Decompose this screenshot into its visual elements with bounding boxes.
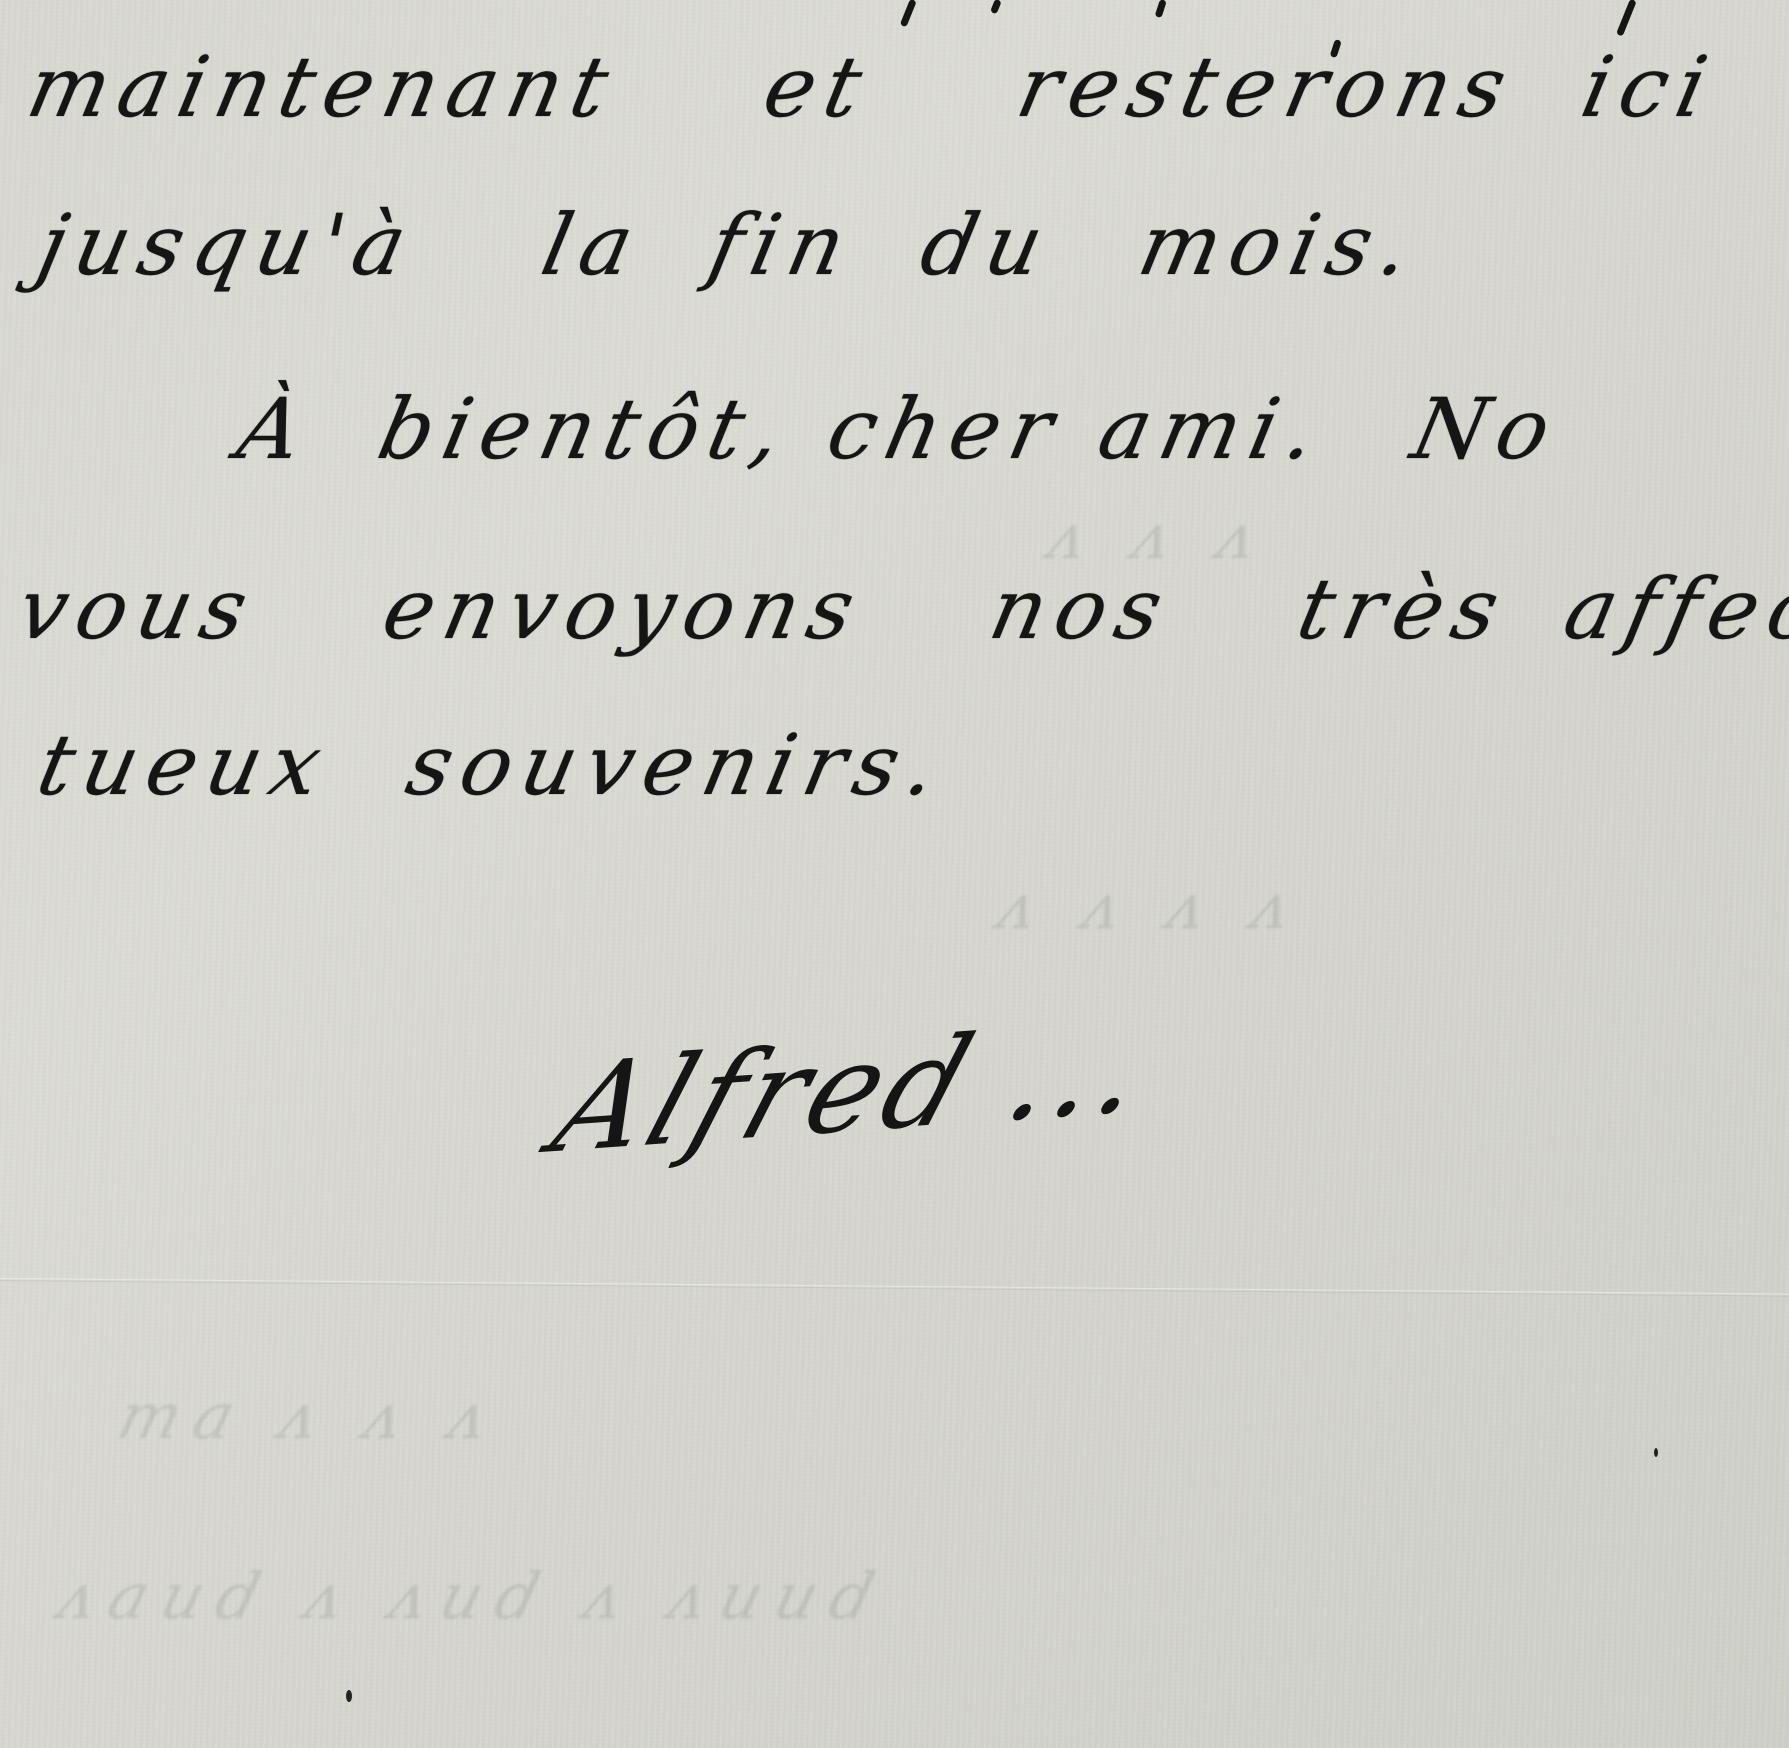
word: nos [982, 560, 1181, 658]
letter-line-4: vousenvoyonsnostrèsaffec [10, 560, 1789, 658]
word: vous [10, 560, 266, 658]
word: cher [819, 380, 1071, 478]
letter-line-3: Àbientôt,cherami.No [230, 380, 1659, 478]
ink-dot [346, 1690, 352, 1702]
word: ami. [1091, 380, 1335, 478]
bleed-through-text: ᴧ ᴧ ᴧ ᴧ [991, 870, 1313, 944]
signature: Alfred ... [538, 998, 1170, 1182]
word: maintenant [20, 38, 627, 136]
word: resterons [1009, 38, 1524, 136]
word: tueux [30, 716, 340, 814]
word: affec [1556, 560, 1789, 658]
bleed-through-text: ᴧaud ᴧ ᴧud ᴧ ᴧuud [51, 1560, 896, 1634]
word: souvenirs. [399, 716, 956, 814]
letter-line-1: maintenantetresteronsici [20, 38, 1789, 136]
word: No [1404, 380, 1569, 478]
word: jusqu'à [30, 196, 425, 294]
ink-descender [990, 0, 1002, 14]
paper-fold-line [0, 1278, 1789, 1297]
ink-descender [900, 0, 917, 27]
word: mois. [1131, 196, 1429, 294]
ink-descender [1616, 0, 1637, 37]
word: du [913, 196, 1062, 294]
ink-descender [1155, 0, 1167, 18]
word: À [230, 380, 322, 478]
ink-dot [1654, 1448, 1658, 1457]
word: ici [1574, 38, 1726, 136]
word: bientôt, [370, 380, 800, 478]
letter-line-2: jusqu'àlafindumois. [30, 196, 1519, 294]
word: envoyons [375, 560, 873, 658]
word: fin [701, 196, 864, 294]
word: et [756, 38, 880, 136]
letter-line-5: tueuxsouvenirs. [30, 716, 1046, 814]
word: très [1290, 560, 1518, 658]
word: la [534, 196, 652, 294]
bleed-through-text: ma ᴧ ᴧ ᴧ [111, 1380, 510, 1454]
